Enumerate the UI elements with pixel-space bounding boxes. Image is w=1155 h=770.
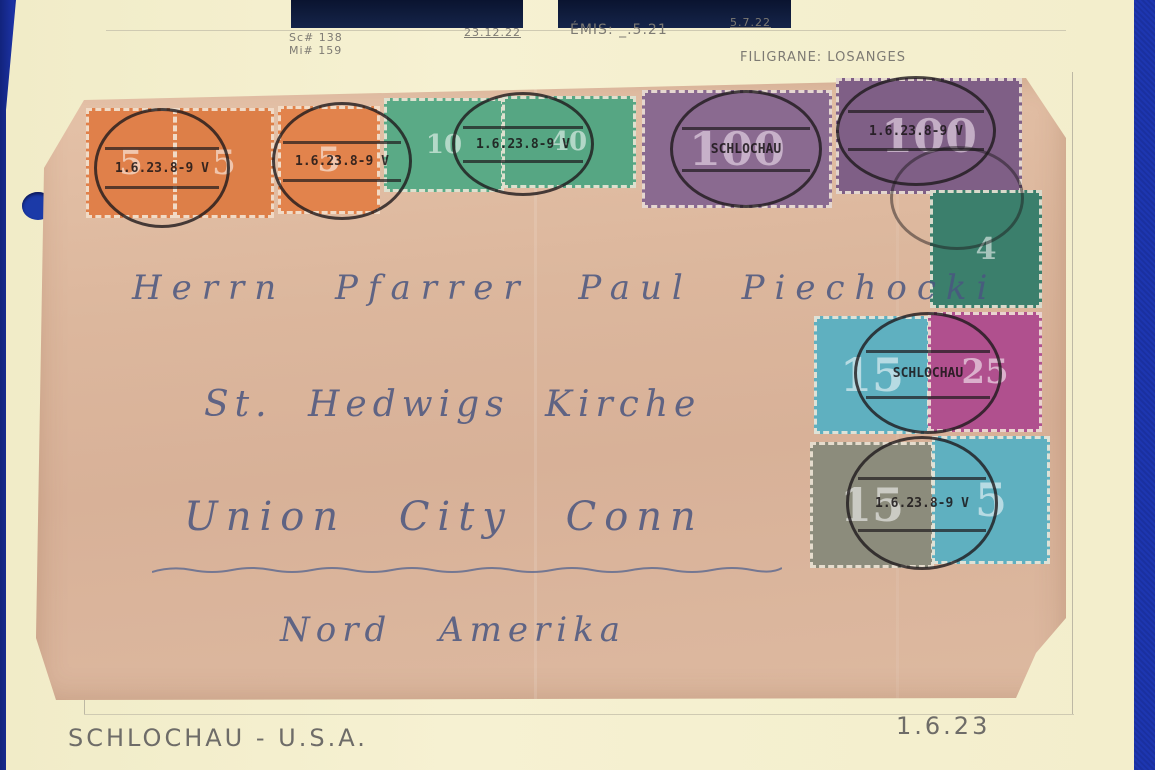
postmark-date: 1.6.23.8-9 V <box>115 161 209 176</box>
annotation-date-left: 23.12.22 <box>464 26 521 39</box>
postmark-town: SCHLOCHAU <box>711 142 781 157</box>
mounted-photo-left <box>291 0 523 28</box>
catalog-number-sc: Sc# 138 <box>289 31 343 44</box>
annotation-emission: ÉMIS: _.5.21 <box>570 22 668 38</box>
address-line-city: Union City Conn <box>184 494 704 540</box>
binder-background-right <box>1133 0 1155 770</box>
postmark-date: 1.6.23.8-9 V <box>295 154 389 169</box>
address-line-church: St. Hedwigs Kirche <box>204 384 701 425</box>
postmark-cancel: 1.6.23.8-9 V <box>94 108 230 228</box>
catalog-number-mi: Mi# 159 <box>289 44 342 57</box>
postmark-cancel: 1.6.23.8-9 V <box>272 102 412 220</box>
postmark-date: 1.6.23.8-9 V <box>476 137 570 152</box>
caption-date: 1.6.23 <box>896 712 990 740</box>
postmark-date: 1.6.23.8-9 V <box>875 496 969 511</box>
postmark-cancel: 1.6.23.8-9 V <box>452 92 594 196</box>
caption-route: SCHLOCHAU - U.S.A. <box>68 724 368 752</box>
postmark-cancel: 1.6.23.8-9 V <box>846 436 998 570</box>
annotation-watermark: FILIGRANE: LOSANGES <box>740 50 906 65</box>
address-line-country: Nord Amerika <box>280 610 626 650</box>
postmark-town: SCHLOCHAU <box>893 366 963 381</box>
pencil-frame-right <box>1072 72 1073 714</box>
annotation-date-right: 5.7.22 <box>730 16 771 29</box>
postmark-cancel <box>890 146 1024 250</box>
postmark-cancel: SCHLOCHAU <box>670 90 822 208</box>
postmark-date: 1.6.23.8-9 V <box>869 124 963 139</box>
address-underline <box>152 562 782 576</box>
address-line-recipient: Herrn Pfarrer Paul Piechocki <box>132 268 997 308</box>
postmark-cancel: SCHLOCHAU <box>854 312 1002 434</box>
